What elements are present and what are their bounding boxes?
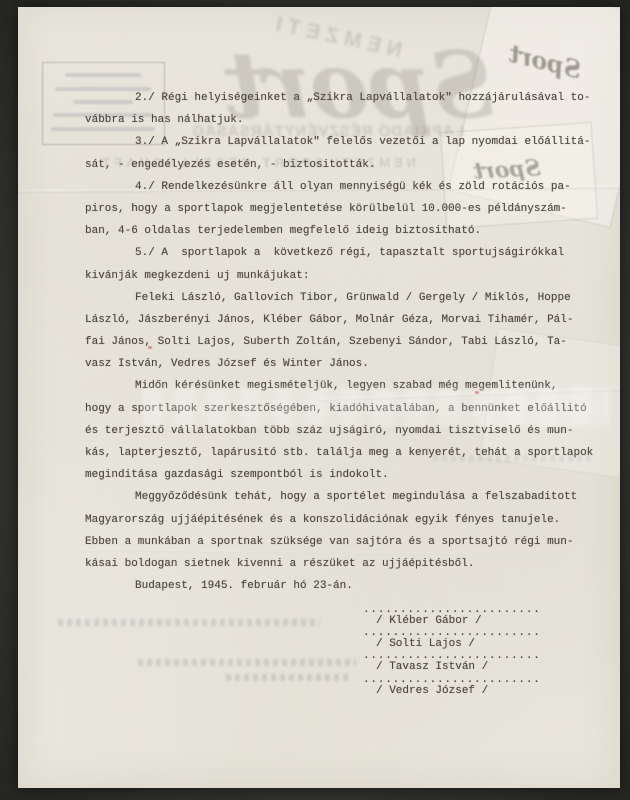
signature-dotted-line: ........................ (363, 628, 541, 638)
typed-line: László, Jászberényi János, Kléber Gábor,… (85, 314, 607, 336)
signature-entry: ......................../ Vedres József … (363, 675, 541, 698)
typed-line: Meggyőződésünk tehát, hogy a sportélet m… (85, 491, 607, 513)
typed-line: 5./ A sportlapok a következő régi, tapas… (85, 247, 607, 269)
typed-line: kivánják megkezdeni uj munkájukat: (85, 270, 607, 292)
typed-line: Midőn kérésünket megismételjük, legyen s… (85, 380, 607, 402)
ink-speck (475, 391, 479, 394)
typed-line: Magyarország ujjáépitésének és a konszol… (85, 514, 607, 536)
typed-line: Ebben a munkában a sportnak szüksége van… (85, 536, 607, 558)
typed-line: 3./ A „Szikra Lapvállalatok" felelős vez… (85, 136, 607, 158)
typed-line: ban, 4-6 oldalas terjedelemben megfelelő… (85, 225, 607, 247)
ink-speck (148, 346, 152, 349)
typed-line: 4./ Rendelkezésünkre áll olyan mennyiség… (85, 181, 607, 203)
stamp-text-row (55, 87, 151, 91)
bleedthrough-line (433, 455, 593, 462)
typed-line: Budapest, 1945. február hó 23-án. (85, 580, 607, 602)
bleedthrough-line (138, 659, 356, 666)
typed-line: Feleki László, Gallovich Tibor, Grünwald… (85, 292, 607, 314)
signature-name: / Vedres József / (363, 685, 541, 698)
signature-dotted-line: ........................ (363, 675, 541, 685)
typed-line: vábbra is has nálhatjuk. (85, 114, 607, 136)
typed-line: 2./ Régi helyiségeinket a „Szikra Lapvál… (85, 92, 607, 114)
bleedthrough-line (58, 619, 320, 626)
typed-line: és terjesztő vállalatokban több száz ujs… (85, 425, 607, 447)
signature-name: / Solti Lajos / (363, 638, 541, 651)
signature-entry: ......................../ Kléber Gábor / (363, 605, 541, 628)
typed-line: fai János, Solti Lajos, Suberth Zoltán, … (85, 336, 607, 358)
typed-line: meginditása gazdasági szempontból is ind… (85, 469, 607, 491)
signature-block: ......................../ Kléber Gábor /… (363, 605, 541, 698)
letter-paper: Sport Sport NEMZETI Sport LAPKIADÓ RÉSZV… (18, 7, 620, 788)
typed-line: piros, hogy a sportlapok megjelentetése … (85, 203, 607, 225)
typed-line: hogy a sportlapok szerkesztőségében, kia… (85, 403, 607, 425)
stamp-text-row (65, 73, 141, 77)
photographed-document: Sport Sport NEMZETI Sport LAPKIADÓ RÉSZV… (0, 0, 630, 800)
signature-name: / Kléber Gábor / (363, 615, 541, 628)
logo-nemzeti-text: NEMZETI (268, 11, 404, 62)
signature-name: / Tavasz István / (363, 661, 541, 674)
typed-line: sát, - engedélyezés esetén, - biztositot… (85, 159, 607, 181)
signature-dotted-line: ........................ (363, 605, 541, 615)
signature-entry: ......................../ Tavasz István … (363, 651, 541, 674)
signature-entry: ......................../ Solti Lajos / (363, 628, 541, 651)
typed-line: vasz István, Vedres József és Winter Ján… (85, 358, 607, 380)
typed-lines: 2./ Régi helyiségeinket a „Szikra Lapvál… (85, 92, 607, 602)
bleedthrough-line (226, 674, 350, 681)
signature-dotted-line: ........................ (363, 651, 541, 661)
typed-line: kásai boldogan sietnek kivenni a részüke… (85, 558, 607, 580)
